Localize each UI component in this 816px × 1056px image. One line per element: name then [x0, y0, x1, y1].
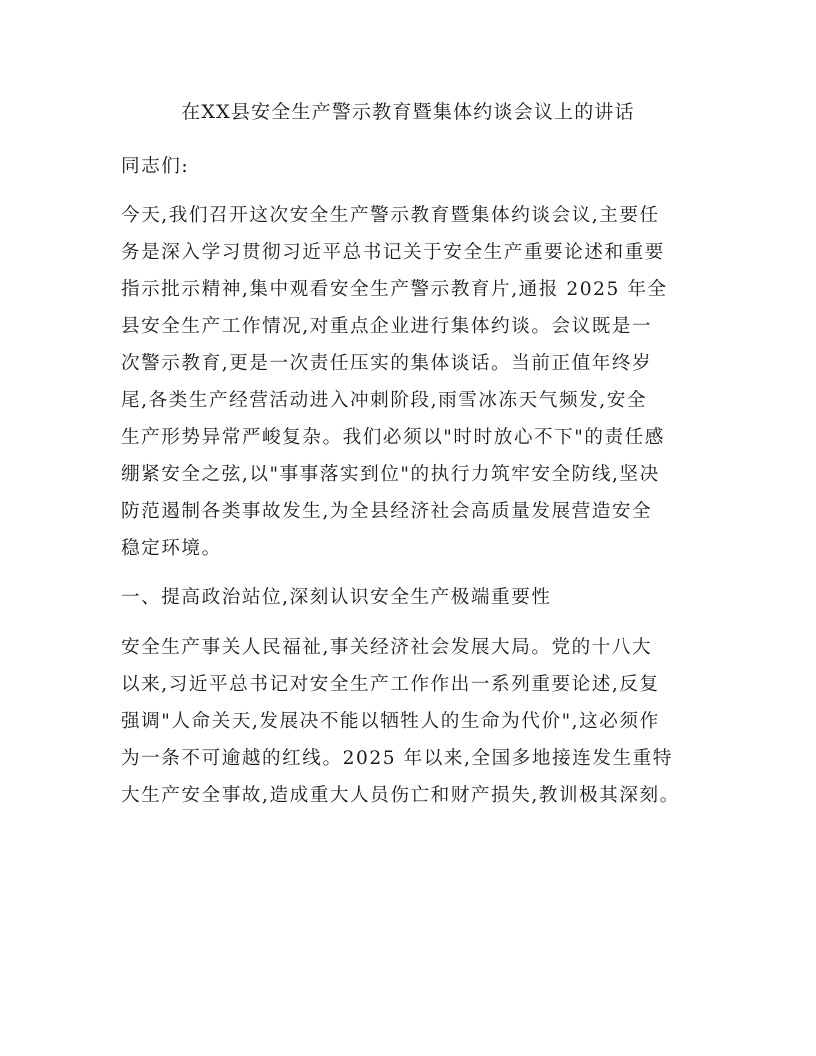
text-line: 安全生产事关人民福祉,事关经济社会发展大局。党的十八大 — [121, 635, 652, 661]
text-line: 以来,习近平总书记对安全生产工作作出一系列重要论述,反复 — [121, 672, 660, 698]
section-heading: 一、提高政治站位,深刻认识安全生产极端重要性 — [121, 585, 551, 611]
text-line: 稳定环境。 — [121, 536, 222, 562]
text-line: 指示批示精神,集中观看安全生产警示教育片,通报 2025 年全 — [121, 277, 668, 303]
salutation: 同志们: — [121, 154, 189, 180]
text-line: 强调"人命关天,发展决不能以牺牲人的生命为代价",这必须作 — [121, 709, 660, 735]
text-line: 生产形势异常严峻复杂。我们必须以"时时放心不下"的责任感 — [121, 425, 665, 451]
text-line: 大生产安全事故,造成重大人员伤亡和财产损失,教训极其深刻。 — [121, 783, 680, 809]
document-title: 在XX县安全生产警示教育暨集体约谈会议上的讲话 — [0, 98, 816, 126]
text-line: 尾,各类生产经营活动进入冲刺阶段,雨雪冰冻天气频发,安全 — [121, 388, 647, 414]
text-line: 县安全生产工作情况,对重点企业进行集体约谈。会议既是一 — [121, 314, 652, 340]
text-line: 务是深入学习贯彻习近平总书记关于安全生产重要论述和重要 — [121, 240, 665, 266]
document-page: 在XX县安全生产警示教育暨集体约谈会议上的讲话 同志们: 今天,我们召开这次安全… — [0, 0, 816, 1056]
text-line: 次警示教育,更是一次责任压实的集体谈话。当前正值年终岁 — [121, 351, 652, 377]
text-line: 为一条不可逾越的红线。2025 年以来,全国多地接连发生重特 — [121, 746, 673, 772]
text-line: 绷紧安全之弦,以"事事落实到位"的执行力筑牢安全防线,坚决 — [121, 462, 660, 488]
text-line: 防范遏制各类事故发生,为全县经济社会高质量发展营造安全 — [121, 499, 652, 525]
text-line: 今天,我们召开这次安全生产警示教育暨集体约谈会议,主要任 — [121, 203, 660, 229]
